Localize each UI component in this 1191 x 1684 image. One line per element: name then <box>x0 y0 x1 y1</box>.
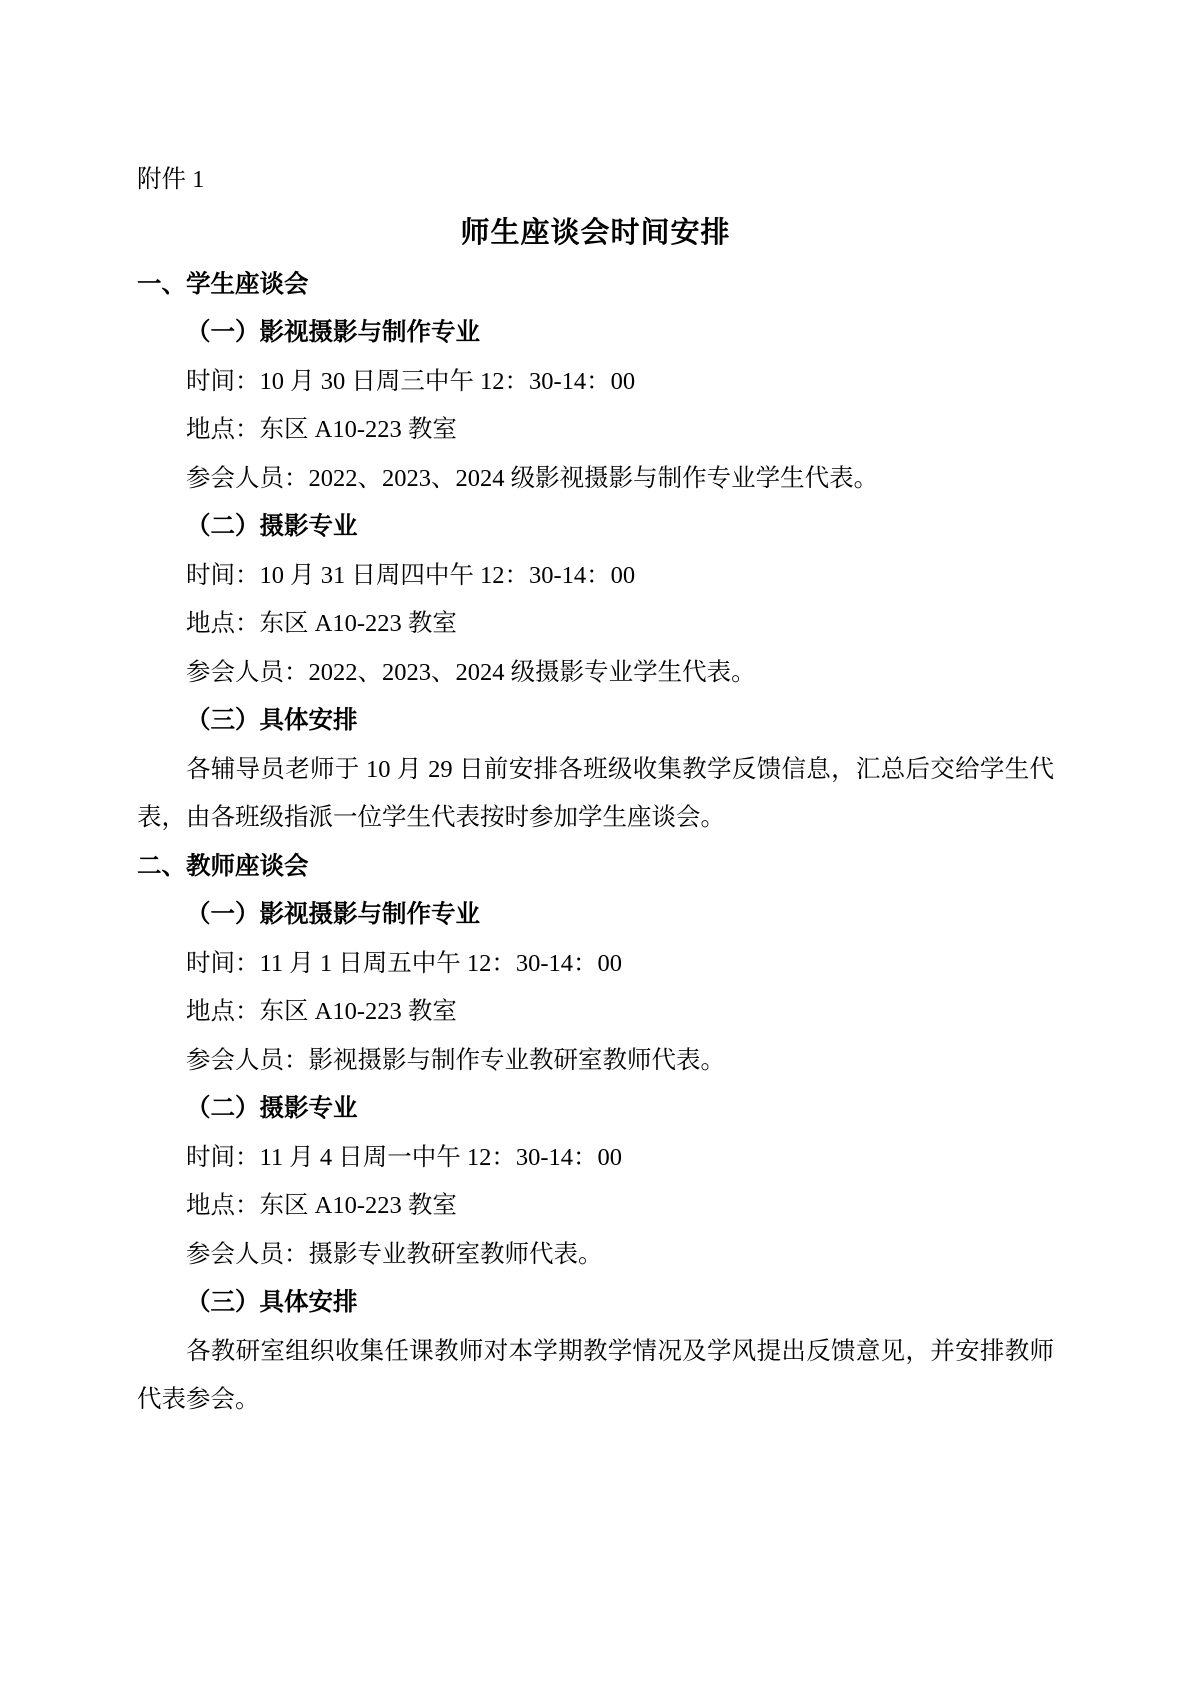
detail-participants: 参会人员：2022、2023、2024 级摄影专业学生代表。 <box>137 649 1054 698</box>
arrangement-paragraph: 各辅导员老师于 10 月 29 日前安排各班级收集教学反馈信息，汇总后交给学生代… <box>137 746 1054 843</box>
section-heading-students: 一、学生座谈会 <box>137 261 1054 310</box>
detail-time: 时间：10 月 30 日周三中午 12：30-14：00 <box>137 358 1054 407</box>
detail-participants: 参会人员：影视摄影与制作专业教研室教师代表。 <box>137 1037 1054 1086</box>
attachment-label: 附件 1 <box>137 156 1054 205</box>
subsection-heading: （一）影视摄影与制作专业 <box>137 309 1054 358</box>
detail-location: 地点：东区 A10-223 教室 <box>137 600 1054 649</box>
subsection-heading: （二）摄影专业 <box>137 1085 1054 1134</box>
detail-location: 地点：东区 A10-223 教室 <box>137 988 1054 1037</box>
section-heading-teachers: 二、教师座谈会 <box>137 843 1054 892</box>
detail-time: 时间：11 月 1 日周五中午 12：30-14：00 <box>137 940 1054 989</box>
subsection-heading: （三）具体安排 <box>137 697 1054 746</box>
arrangement-paragraph: 各教研室组织收集任课教师对本学期教学情况及学风提出反馈意见，并安排教师代表参会。 <box>137 1328 1054 1425</box>
detail-location: 地点：东区 A10-223 教室 <box>137 406 1054 455</box>
document-page: 附件 1 师生座谈会时间安排 一、学生座谈会 （一）影视摄影与制作专业 时间：1… <box>0 0 1191 1684</box>
detail-location: 地点：东区 A10-223 教室 <box>137 1182 1054 1231</box>
subsection-heading: （三）具体安排 <box>137 1279 1054 1328</box>
subsection-heading: （一）影视摄影与制作专业 <box>137 891 1054 940</box>
detail-time: 时间：11 月 4 日周一中午 12：30-14：00 <box>137 1134 1054 1183</box>
detail-participants: 参会人员：2022、2023、2024 级影视摄影与制作专业学生代表。 <box>137 455 1054 504</box>
document-title: 师生座谈会时间安排 <box>137 205 1054 261</box>
subsection-heading: （二）摄影专业 <box>137 503 1054 552</box>
detail-time: 时间：10 月 31 日周四中午 12：30-14：00 <box>137 552 1054 601</box>
detail-participants: 参会人员：摄影专业教研室教师代表。 <box>137 1231 1054 1280</box>
